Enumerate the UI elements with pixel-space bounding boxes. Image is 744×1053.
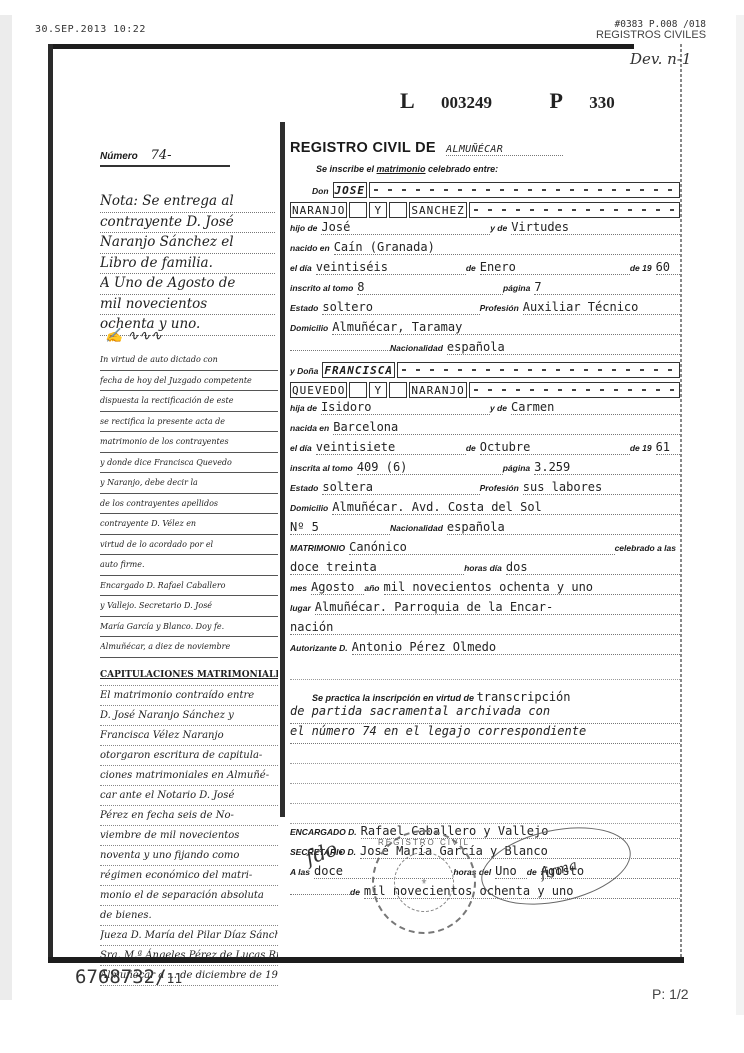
autorizante-name: Antonio Pérez Olmedo: [352, 640, 680, 655]
pagina-label: P: [549, 88, 561, 113]
numero-value: 74-: [151, 148, 172, 163]
groom-mother: Virtudes: [511, 220, 680, 235]
record-reference: L 003249 P 330: [400, 88, 615, 114]
capitulaciones-line: viembre de mil novecientos: [100, 826, 278, 846]
numero-label: Número: [100, 151, 138, 162]
empty-cell: [389, 202, 407, 218]
empty-cell: [349, 382, 367, 398]
bride-pagina: 3.259: [534, 460, 680, 475]
alas-label: A las: [290, 867, 310, 877]
practica-label: Se practica la inscripción en virtud de: [312, 693, 474, 703]
groom-father: José: [321, 220, 490, 235]
blank-line: [290, 660, 680, 680]
capitulaciones-line: Pérez en fecha seis de No-: [100, 806, 278, 826]
marginal-line: auto firme.: [100, 555, 278, 576]
handwritten-annotation: Dev. n-1: [630, 50, 691, 68]
bride-birthdate-row: el día veintisiete de Octubre de 19 61: [290, 440, 680, 460]
bride-surname-boxes: QUEVEDO Y NARANJO: [290, 380, 680, 400]
mother-label: y de: [490, 403, 507, 413]
ceremony-date-row: mes Agosto año mil novecientos ochenta y…: [290, 580, 680, 600]
marginal-line: Almuñécar, a diez de noviembre: [100, 637, 278, 658]
bride-profesion: sus labores: [523, 480, 680, 495]
subtitle-post: celebrado entre:: [426, 164, 499, 174]
groom-surname1: NARANJO: [290, 202, 347, 218]
official-seal: REGISTRO CIVIL ⚜: [372, 830, 476, 934]
capitulaciones-line: D. José Naranjo Sánchez y: [100, 706, 278, 726]
blank-line: [290, 744, 680, 764]
blank-line: [290, 764, 680, 784]
pagina-number: 330: [589, 93, 615, 112]
marginal-line: y Naranjo, debe decir la: [100, 473, 278, 494]
lugar-label: lugar: [290, 603, 311, 613]
note-line: A Uno de Agosto de: [100, 274, 275, 295]
marginal-line: fecha de hoy del Juzgado competente: [100, 371, 278, 392]
frame-border-right: [680, 44, 682, 959]
capitulaciones-heading: CAPITULACIONES MATRIMONIALES: [100, 666, 278, 686]
registry-title: REGISTRO CIVIL DE ALMUÑÉCAR: [290, 140, 680, 156]
practica-cont-line: de partida sacramental archivada con: [290, 704, 680, 724]
bride-estado: soltera: [322, 480, 479, 495]
fax-organization: REGISTROS CIVILES: [596, 30, 706, 41]
groom-domicilio: Almuñécar, Taramay: [332, 320, 680, 335]
groom-name-row: Don JOSE: [290, 180, 680, 200]
ceremony-month: Agosto: [311, 580, 364, 595]
bride-birthplace-row: nacida en Barcelona: [290, 420, 680, 440]
estado-label: Estado: [290, 483, 318, 493]
marginal-line: María García y Blanco. Doy fe.: [100, 617, 278, 638]
encargado-label: ENCARGADO D.: [290, 827, 357, 837]
ano-label: año: [364, 583, 379, 593]
empty-cell: [389, 382, 407, 398]
column-divider: [280, 122, 285, 817]
marginal-line: y donde dice Francisca Quevedo: [100, 453, 278, 474]
capitulaciones-line: El matrimonio contraído entre: [100, 686, 278, 706]
marginal-line: Encargado D. Rafael Caballero: [100, 576, 278, 597]
groom-birth-day: veintiséis: [316, 260, 466, 275]
bride-parents-row: hija de Isidoro y de Carmen: [290, 400, 680, 420]
capitulaciones-line: régimen económico del matri-: [100, 866, 278, 886]
marginal-line: dispuesta la rectificación de este: [100, 391, 278, 412]
filler-dashes: [397, 362, 680, 378]
autorizante-row: Autorizante D. Antonio Pérez Olmedo: [290, 640, 680, 660]
marginal-line: contrayente D. Vélez en: [100, 514, 278, 535]
note-line: Libro de familia.: [100, 254, 275, 275]
marginal-line: In virtud de auto dictado con: [100, 350, 278, 371]
practica-value: transcripción: [477, 690, 571, 704]
bride-domicilio-cont: Nº 5: [290, 520, 390, 535]
bride-first-name: FRANCISCA: [322, 362, 395, 378]
ceremony-place: Almuñécar. Parroquia de la Encar-: [315, 600, 680, 615]
groom-profesion: Auxiliar Técnico: [523, 300, 680, 315]
bride-estado-row: Estado soltera Profesión sus labores: [290, 480, 680, 500]
bride-birthplace: Barcelona: [333, 420, 680, 435]
scan-edge-left: [0, 15, 12, 1000]
bride-birth-year: 61: [656, 440, 680, 455]
seal-emblem-icon: ⚜: [394, 852, 454, 912]
matrimonio-row: MATRIMONIO Canónico celebrado a las: [290, 540, 680, 560]
hijo-label: hijo de: [290, 223, 317, 233]
domicilio-label: Domicilio: [290, 503, 328, 513]
don-label: Don: [312, 186, 329, 196]
ceremony-hour: doce treinta: [290, 560, 464, 575]
dona-label: y Doña: [290, 366, 318, 376]
profesion-label: Profesión: [480, 483, 519, 493]
practica-line: Se practica la inscripción en virtud de …: [312, 690, 680, 704]
bride-nacionalidad-row: Nº 5 Nacionalidad española: [290, 520, 680, 540]
groom-pagina: 7: [534, 280, 680, 295]
groom-birth-year: 60: [656, 260, 680, 275]
nacido-label: nacido en: [290, 243, 330, 253]
ceremony-place-cont: nación: [290, 620, 680, 635]
document-number-main: 6768732/: [75, 966, 167, 988]
marginal-annotation: In virtud de auto dictado con fecha de h…: [100, 350, 278, 658]
capitulaciones-note: CAPITULACIONES MATRIMONIALES El matrimon…: [100, 666, 278, 986]
celebrado-label: celebrado a las: [615, 543, 676, 553]
pagina-label: página: [503, 463, 530, 473]
ceremony-type: Canónico: [349, 540, 614, 555]
marginal-line: y Vallejo. Secretario D. José: [100, 596, 278, 617]
groom-parents-row: hijo de José y de Virtudes: [290, 220, 680, 240]
margin-signature: ✍ ∿∿∿: [105, 328, 162, 344]
capitulaciones-line: noventa y uno fijando como: [100, 846, 278, 866]
hija-label: hija de: [290, 403, 317, 413]
inscription-subtitle: Se inscribe el matrimonio celebrado entr…: [316, 164, 680, 174]
bride-surname2: NARANJO: [409, 382, 466, 398]
capitulaciones-line: ciones matrimoniales en Almuñé-: [100, 766, 278, 786]
year-label: de 19: [630, 263, 652, 273]
groom-first-name: JOSE: [333, 182, 368, 198]
horas-label: horas día: [464, 563, 502, 573]
blank-line: [290, 804, 680, 824]
registry-place: ALMUÑÉCAR: [446, 144, 563, 156]
bride-tomo-row: inscrita al tomo 409 (6) página 3.259: [290, 460, 680, 480]
groom-estado: soltero: [322, 300, 479, 315]
libro-label: L: [400, 88, 413, 113]
practica-cont-line: el número 74 en el legajo correspondient…: [290, 724, 680, 744]
bride-tomo: 409 (6): [357, 460, 503, 475]
blank-field: [290, 894, 350, 895]
note-line: Nota: Se entrega al: [100, 192, 275, 213]
marriage-record: REGISTRO CIVIL DE ALMUÑÉCAR Se inscribe …: [290, 140, 680, 904]
groom-surname2: SANCHEZ: [409, 202, 466, 218]
note-line: mil novecientos: [100, 295, 275, 316]
capitulaciones-line: car ante el Notario D. José: [100, 786, 278, 806]
blank-field: [290, 350, 390, 351]
marginal-line: matrimonio de los contrayentes: [100, 432, 278, 453]
capitulaciones-line: Sra. M.ª Ángeles Pérez de Lucas Ruiz: [100, 946, 278, 966]
groom-nacionalidad: española: [447, 340, 680, 355]
bride-domicilio-row: Domicilio Almuñécar. Avd. Costa del Sol: [290, 500, 680, 520]
subtitle-emph: matrimonio: [377, 164, 426, 174]
groom-birthplace: Caín (Granada): [334, 240, 680, 255]
tomo-label: inscrita al tomo: [290, 463, 353, 473]
bride-nacionalidad: española: [447, 520, 680, 535]
note-line: Naranjo Sánchez el: [100, 233, 275, 254]
domicilio-label: Domicilio: [290, 323, 328, 333]
groom-estado-row: Estado soltero Profesión Auxiliar Técnic…: [290, 300, 680, 320]
de-label: de: [466, 443, 476, 453]
tomo-label: inscrito al tomo: [290, 283, 353, 293]
matrimonio-label: MATRIMONIO: [290, 543, 345, 553]
margin-note: Nota: Se entrega al contrayente D. José …: [100, 192, 275, 336]
ceremony-place-cont-row: nación: [290, 620, 680, 640]
frame-border-left: [48, 44, 53, 960]
bride-surname1: QUEVEDO: [290, 382, 347, 398]
filler-dashes: [469, 382, 680, 398]
registry-title-text: REGISTRO CIVIL DE: [290, 140, 436, 156]
scan-edge-right: [736, 15, 744, 1015]
groom-nacionalidad-row: Nacionalidad española: [290, 340, 680, 360]
groom-surname-boxes: NARANJO Y SANCHEZ: [290, 200, 680, 220]
groom-birth-month: Enero: [480, 260, 630, 275]
bride-birth-month: Octubre: [480, 440, 630, 455]
document-number-suffix: 11: [167, 972, 183, 987]
frame-border-top: [48, 44, 634, 49]
bride-first-name-boxes: FRANCISCA: [322, 360, 680, 380]
note-line: contrayente D. José: [100, 213, 275, 234]
filler-dashes: [369, 182, 680, 198]
bride-mother: Carmen: [511, 400, 680, 415]
bride-father: Isidoro: [321, 400, 490, 415]
bride-domicilio: Almuñécar. Avd. Costa del Sol: [332, 500, 680, 515]
groom-tomo: 8: [357, 280, 503, 295]
marginal-line: de los contrayentes apellidos: [100, 494, 278, 515]
de-label: de: [350, 887, 360, 897]
year-label: de 19: [630, 443, 652, 453]
libro-number: 003249: [441, 93, 492, 112]
groom-birthdate-row: el día veintiséis de Enero de 19 60: [290, 260, 680, 280]
ceremony-day: dos: [506, 560, 680, 575]
capitulaciones-line: monio el de separación absoluta: [100, 886, 278, 906]
marginal-line: virtud de lo acordado por el: [100, 535, 278, 556]
mother-label: y de: [490, 223, 507, 233]
nacionalidad-label: Nacionalidad: [390, 343, 443, 353]
blank-line: [290, 784, 680, 804]
ceremony-place-row: lugar Almuñécar. Parroquia de la Encar-: [290, 600, 680, 620]
marginal-line: se rectifica la presente acta de: [100, 412, 278, 433]
entry-number: Número 74-: [100, 148, 230, 167]
groom-first-name-boxes: JOSE: [333, 180, 680, 200]
capitulaciones-line: Jueza D. María del Pilar Díaz Sánchez: [100, 926, 278, 946]
dia-label: el día: [290, 443, 312, 453]
groom-birthplace-row: nacido en Caín (Granada): [290, 240, 680, 260]
fax-header-info: #0383 P.008 /018 REGISTROS CIVILES: [596, 19, 706, 41]
capitulaciones-line: Francisca Vélez Naranjo: [100, 726, 278, 746]
fax-timestamp: 30.SEP.2013 10:22: [35, 24, 146, 35]
pagina-label: página: [503, 283, 530, 293]
capitulaciones-line: de bienes.: [100, 906, 278, 926]
autorizante-label: Autorizante D.: [290, 643, 348, 653]
ceremony-year: mil novecientos ochenta y uno: [384, 580, 681, 595]
bride-name-row: y Doña FRANCISCA: [290, 360, 680, 380]
subtitle-pre: Se inscribe el: [316, 164, 377, 174]
empty-cell: [349, 202, 367, 218]
estado-label: Estado: [290, 303, 318, 313]
groom-conj: Y: [369, 202, 387, 218]
groom-tomo-row: inscrito al tomo 8 página 7: [290, 280, 680, 300]
nacida-label: nacida en: [290, 423, 329, 433]
dia-label: el día: [290, 263, 312, 273]
ceremony-time-row: doce treinta horas día dos: [290, 560, 680, 580]
bride-conj: Y: [369, 382, 387, 398]
de-label: de: [466, 263, 476, 273]
mes-label: mes: [290, 583, 307, 593]
seal-ring-text: REGISTRO CIVIL: [374, 838, 474, 847]
document-number: 6768732/11: [75, 966, 182, 988]
nacionalidad-label: Nacionalidad: [390, 523, 443, 533]
profesion-label: Profesión: [480, 303, 519, 313]
page-indicator: P: 1/2: [652, 986, 689, 1002]
filler-dashes: [469, 202, 680, 218]
bride-birth-day: veintisiete: [316, 440, 466, 455]
capitulaciones-line: otorgaron escritura de capitula-: [100, 746, 278, 766]
groom-domicilio-row: Domicilio Almuñécar, Taramay: [290, 320, 680, 340]
